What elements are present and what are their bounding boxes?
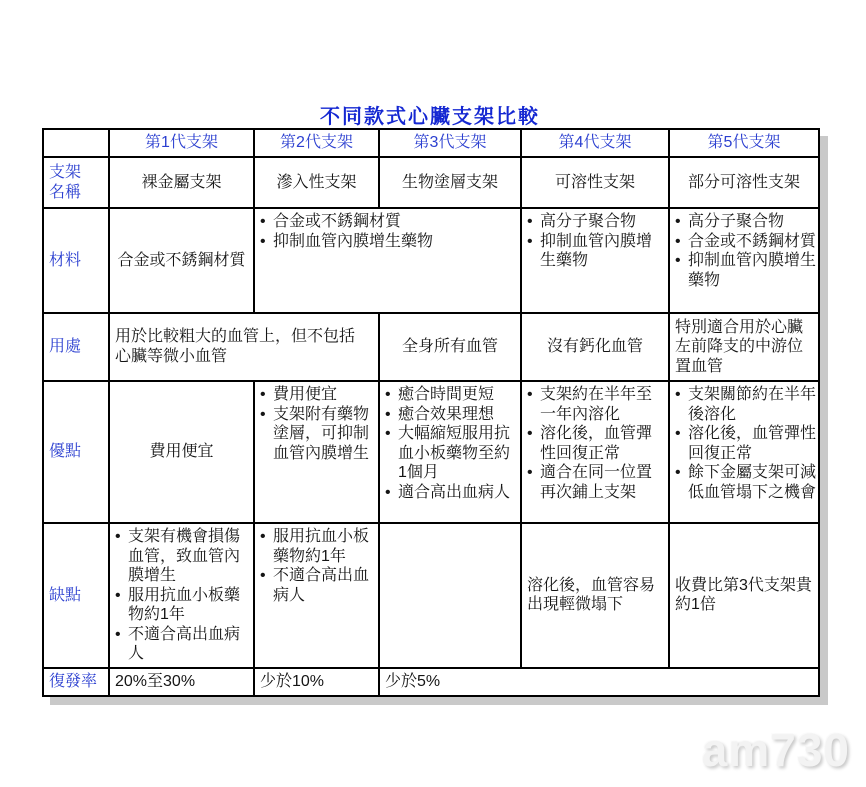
bullet-item: 高分子聚合物 (526, 212, 666, 232)
bullet-item: 餘下金屬支架可減低血管塌下之機會 (674, 463, 816, 502)
bullet-list: 癒合時間更短 癒合效果理想 大幅縮短服用抗血小板藥物至約1個月 適合高出血病人 (384, 385, 518, 502)
cell-name-gen5: 部分可溶性支架 (669, 157, 819, 208)
col-header-gen2: 第2代支架 (254, 129, 379, 157)
cell-cons-gen1: 支架有機會損傷血管，致血管內膜增生 服用抗血小板藥物約1年 不適合高出血病人 (109, 523, 254, 668)
bullet-item: 合金或不銹鋼材質 (259, 212, 518, 232)
cell-cons-gen2: 服用抗血小板藥物約1年 不適合高出血病人 (254, 523, 379, 668)
stent-comparison-table: 第1代支架 第2代支架 第3代支架 第4代支架 第5代支架 支架 名稱 裸金屬支… (42, 128, 820, 697)
bullet-item: 費用便宜 (259, 385, 376, 405)
bullet-item: 適合在同一位置再次鋪上支架 (526, 463, 666, 502)
cell-recurrence-gen2: 少於10% (254, 668, 379, 696)
bullet-list: 服用抗血小板藥物約1年 不適合高出血病人 (259, 527, 376, 605)
col-header-gen3: 第3代支架 (379, 129, 521, 157)
row-label-name: 支架 名稱 (43, 157, 109, 208)
bullet-item: 癒合時間更短 (384, 385, 518, 405)
row-label-recurrence: 復發率 (43, 668, 109, 696)
row-label-pros: 優點 (43, 381, 109, 523)
bullet-item: 支架附有藥物塗層，可抑制血管內膜增生 (259, 405, 376, 464)
am730-watermark: am730 (702, 723, 850, 777)
cell-usage-gen1-2: 用於比較粗大的血管上，但不包括心臟等微小血管 (109, 313, 379, 381)
col-header-gen5: 第5代支架 (669, 129, 819, 157)
header-row: 第1代支架 第2代支架 第3代支架 第4代支架 第5代支架 (43, 129, 819, 157)
cell-material-gen1: 合金或不銹鋼材質 (109, 208, 254, 313)
cell-pros-gen4: 支架約在半年至一年內溶化 溶化後，血管彈性回復正常 適合在同一位置再次鋪上支架 (521, 381, 669, 523)
cell-cons-gen5: 收費比第3代支架貴約1倍 (669, 523, 819, 668)
bullet-item: 抑制血管內膜增生藥物 (526, 232, 666, 271)
cell-pros-gen3: 癒合時間更短 癒合效果理想 大幅縮短服用抗血小板藥物至約1個月 適合高出血病人 (379, 381, 521, 523)
cell-usage-gen4: 沒有鈣化血管 (521, 313, 669, 381)
row-label-usage: 用處 (43, 313, 109, 381)
bullet-list: 費用便宜 支架附有藥物塗層，可抑制血管內膜增生 (259, 385, 376, 463)
cell-pros-gen5: 支架關節約在半年後溶化 溶化後，血管彈性回復正常 餘下金屬支架可減低血管塌下之機… (669, 381, 819, 523)
bullet-item: 抑制血管內膜增生藥物 (259, 232, 518, 252)
cell-material-gen2-3: 合金或不銹鋼材質 抑制血管內膜增生藥物 (254, 208, 521, 313)
row-recurrence: 復發率 20%至30% 少於10% 少於5% (43, 668, 819, 696)
bullet-list: 支架有機會損傷血管，致血管內膜增生 服用抗血小板藥物約1年 不適合高出血病人 (114, 527, 251, 664)
cell-material-gen5: 高分子聚合物 合金或不銹鋼材質 抑制血管內膜增生藥物 (669, 208, 819, 313)
cell-pros-gen2: 費用便宜 支架附有藥物塗層，可抑制血管內膜增生 (254, 381, 379, 523)
bullet-item: 適合高出血病人 (384, 483, 518, 503)
bullet-list: 高分子聚合物 抑制血管內膜增生藥物 (526, 212, 666, 271)
row-label-material: 材料 (43, 208, 109, 313)
cell-cons-gen3 (379, 523, 521, 668)
bullet-item: 癒合效果理想 (384, 405, 518, 425)
cell-recurrence-gen1: 20%至30% (109, 668, 254, 696)
bullet-item: 合金或不銹鋼材質 (674, 232, 816, 252)
page-title: 不同款式心臟支架比較 (42, 100, 818, 129)
cell-usage-gen5: 特別適合用於心臟左前降支的中游位置血管 (669, 313, 819, 381)
bullet-item: 抑制血管內膜增生藥物 (674, 251, 816, 290)
row-name: 支架 名稱 裸金屬支架 滲入性支架 生物塗層支架 可溶性支架 部分可溶性支架 (43, 157, 819, 208)
bullet-item: 服用抗血小板藥物約1年 (259, 527, 376, 566)
cell-cons-gen4: 溶化後，血管容易出現輕微塌下 (521, 523, 669, 668)
corner-cell (43, 129, 109, 157)
bullet-item: 溶化後，血管彈性回復正常 (674, 424, 816, 463)
cell-name-gen1: 裸金屬支架 (109, 157, 254, 208)
bullet-item: 支架約在半年至一年內溶化 (526, 385, 666, 424)
bullet-item: 溶化後，血管彈性回復正常 (526, 424, 666, 463)
bullet-list: 支架關節約在半年後溶化 溶化後，血管彈性回復正常 餘下金屬支架可減低血管塌下之機… (674, 385, 816, 502)
row-pros: 優點 費用便宜 費用便宜 支架附有藥物塗層，可抑制血管內膜增生 癒合時間更短 癒… (43, 381, 819, 523)
cell-name-gen3: 生物塗層支架 (379, 157, 521, 208)
bullet-list: 合金或不銹鋼材質 抑制血管內膜增生藥物 (259, 212, 518, 251)
bullet-list: 支架約在半年至一年內溶化 溶化後，血管彈性回復正常 適合在同一位置再次鋪上支架 (526, 385, 666, 502)
cell-pros-gen1: 費用便宜 (109, 381, 254, 523)
col-header-gen4: 第4代支架 (521, 129, 669, 157)
cell-name-gen4: 可溶性支架 (521, 157, 669, 208)
bullet-item: 支架有機會損傷血管，致血管內膜增生 (114, 527, 251, 586)
bullet-item: 不適合高出血病人 (114, 625, 251, 664)
cell-material-gen4: 高分子聚合物 抑制血管內膜增生藥物 (521, 208, 669, 313)
row-cons: 缺點 支架有機會損傷血管，致血管內膜增生 服用抗血小板藥物約1年 不適合高出血病… (43, 523, 819, 668)
bullet-item: 不適合高出血病人 (259, 566, 376, 605)
bullet-item: 高分子聚合物 (674, 212, 816, 232)
bullet-item: 大幅縮短服用抗血小板藥物至約1個月 (384, 424, 518, 483)
col-header-gen1: 第1代支架 (109, 129, 254, 157)
cell-recurrence-gen3-5: 少於5% (379, 668, 819, 696)
bullet-item: 服用抗血小板藥物約1年 (114, 586, 251, 625)
cell-name-gen2: 滲入性支架 (254, 157, 379, 208)
row-usage: 用處 用於比較粗大的血管上，但不包括心臟等微小血管 全身所有血管 沒有鈣化血管 … (43, 313, 819, 381)
bullet-item: 支架關節約在半年後溶化 (674, 385, 816, 424)
row-label-cons: 缺點 (43, 523, 109, 668)
cell-usage-gen3: 全身所有血管 (379, 313, 521, 381)
row-material: 材料 合金或不銹鋼材質 合金或不銹鋼材質 抑制血管內膜增生藥物 高分子聚合物 抑… (43, 208, 819, 313)
bullet-list: 高分子聚合物 合金或不銹鋼材質 抑制血管內膜增生藥物 (674, 212, 816, 290)
